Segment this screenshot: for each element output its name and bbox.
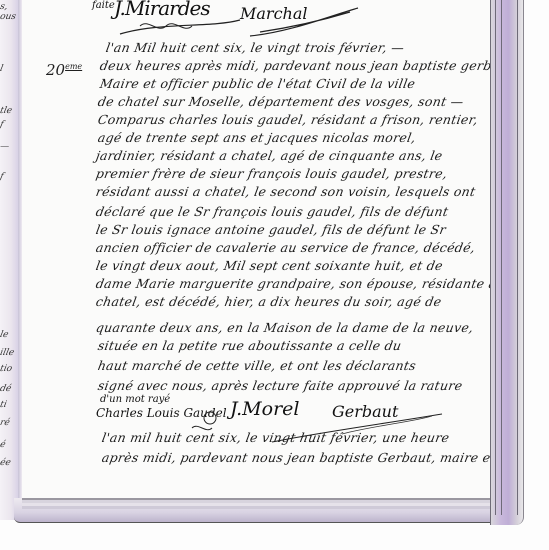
record-line: l'an Mil huit cent six, le vingt trois f… [105,40,406,55]
left-page-fragment: s, [0,2,9,12]
signature-flourish [100,6,360,40]
left-page-fragment: — [0,142,10,152]
next-entry-line: l'an mil huit cent six, le vingt huit fé… [101,430,451,445]
record-line: le vingt deux aout, Mil sept cent soixan… [95,258,445,273]
left-page-fragment: ée [0,458,12,468]
left-page-fragment: tio [0,364,13,374]
record-line: résidant aussi a chatel, le second son v… [95,184,477,199]
record-line: déclaré que le Sr françois louis gaudel,… [95,204,450,219]
left-page-fragment: ille [0,348,15,358]
left-page-fragment: dé [0,384,12,394]
entry-number-suffix: eme [65,62,82,71]
left-page-fragment: f [0,120,4,130]
record-line: le Sr louis ignace antoine gaudel, fils … [95,222,448,237]
record-line: agé de trente sept ans et jacques nicola… [97,130,417,145]
record-line: premier frère de sieur françois louis ga… [95,166,449,181]
left-page-fragment: ous [0,12,17,22]
left-page-fragment: é [0,440,6,450]
record-line: située en la petite rue aboutissante a c… [97,338,403,353]
left-page-edge: s, ous l tle f — f le ille tio dé ti ré … [0,0,19,520]
record-line: ancien officier de cavalerie au service … [95,240,477,255]
record-line: de chatel sur Moselle, département des v… [97,94,465,109]
record-line: jardinier, résidant a chatel, agé de cin… [95,148,444,163]
left-page-fragment: f [0,172,4,182]
entry-number-margin-note: 20eme [46,61,82,79]
entry-number: 20 [46,61,65,79]
record-line: signé avec nous, après lecture faite app… [97,378,464,393]
left-page-fragment: le [0,330,9,340]
record-line: quarante deux ans, en la Maison de la da… [95,320,475,335]
record-line: haut marché de cette ville, et ont les d… [97,358,418,373]
left-page-fragment: tle [0,106,13,116]
register-page: faite J.Mirardes Marchal l'an Mil huit c… [22,0,490,500]
page-stack-bottom-edge [14,498,514,523]
next-entry-line: après midi, pardevant nous jean baptiste… [101,450,497,465]
left-page-fragment: ré [0,418,11,428]
record-line: chatel, est décédé, hier, a dix heures d… [95,294,443,309]
left-page-fragment: ti [0,400,8,410]
record-line: Comparus charles louis gaudel, résidant … [97,112,480,127]
book-spine-edge [490,0,524,525]
record-line: dame Marie marguerite grandpaire, son ép… [95,276,498,291]
left-page-fragment: l [0,64,4,74]
record-line: deux heures après midi, pardevant nous j… [99,58,515,73]
record-line: Maire et officier public de l'état Civil… [99,76,417,91]
